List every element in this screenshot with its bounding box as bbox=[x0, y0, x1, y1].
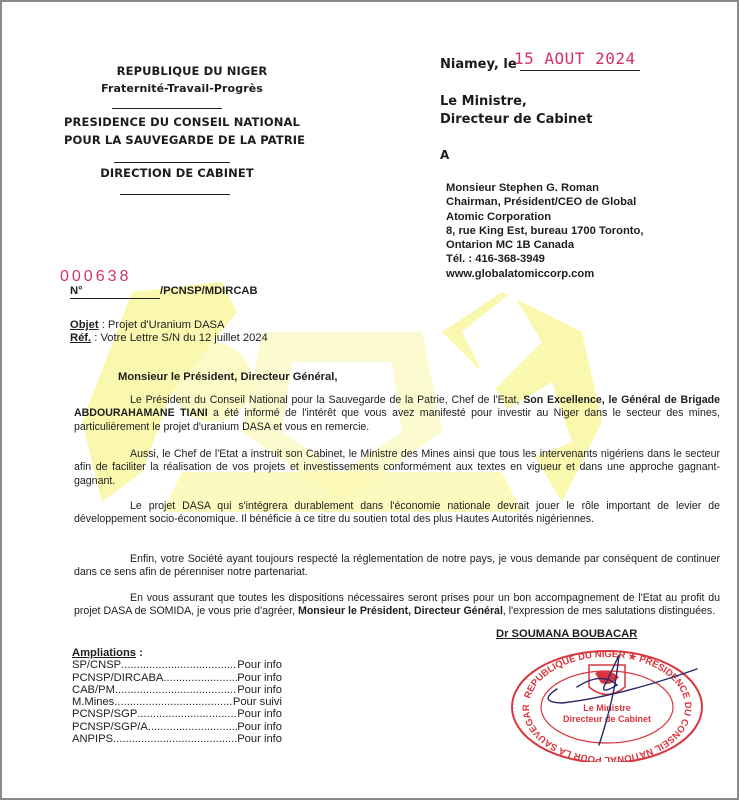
divider bbox=[120, 194, 230, 195]
copy-purpose: Pour suivi bbox=[233, 696, 282, 708]
presidency-line-1: PRESIDENCE DU CONSEIL NATIONAL bbox=[64, 115, 314, 129]
paragraph-5: En vous assurant que toutes les disposit… bbox=[74, 592, 720, 619]
paragraph-2: Aussi, le Chef de l'Etat a instruit son … bbox=[74, 448, 720, 488]
copy-row: PCNSP/DIRCABAPour info bbox=[72, 672, 282, 684]
copy-purpose: Pour info bbox=[237, 684, 282, 696]
reference-number-line bbox=[70, 298, 160, 299]
copy-recipient: PCNSP/SGP bbox=[72, 708, 137, 720]
p3-text: Le projet DASA qui s'intégrera durableme… bbox=[74, 500, 720, 525]
copy-purpose: Pour info bbox=[237, 708, 282, 720]
recipient-street: 8, rue King Est, bureau 1700 Toronto, bbox=[446, 224, 643, 238]
copies-title-text: Ampliations bbox=[72, 647, 136, 659]
place-label: Niamey, le bbox=[440, 57, 517, 72]
recipient-name: Monsieur Stephen G. Roman bbox=[446, 181, 643, 195]
copy-purpose: Pour info bbox=[237, 659, 282, 671]
p2-text: Aussi, le Chef de l'Etat a instruit son … bbox=[74, 448, 720, 487]
reference-number-label: N° bbox=[70, 285, 83, 297]
divider bbox=[112, 108, 222, 109]
copy-row: PCNSP/SGPPour info bbox=[72, 708, 282, 720]
copy-purpose: Pour info bbox=[237, 721, 282, 733]
copy-recipient: PCNSP/SGP/A bbox=[72, 721, 148, 733]
subject-line: Objet : Projet d'Uranium DASA bbox=[70, 319, 224, 332]
national-motto: Fraternité-Travail-Progrès bbox=[82, 82, 282, 95]
copies-list: Ampliations : SP/CNSPPour info PCNSP/DIR… bbox=[72, 647, 282, 745]
copy-purpose: Pour info bbox=[237, 733, 282, 745]
p5-text-c: , l'expression de mes salutations distin… bbox=[503, 605, 715, 617]
copy-row: SP/CNSPPour info bbox=[72, 659, 282, 671]
copy-row: CAB/PMPour info bbox=[72, 684, 282, 696]
date-line bbox=[520, 70, 640, 71]
date-stamp: 15 AOUT 2024 bbox=[514, 49, 636, 68]
reference-value: : Votre Lettre S/N du 12 juillet 2024 bbox=[94, 332, 268, 344]
subject-label: Objet bbox=[70, 319, 99, 331]
reference-line: Réf. : Votre Lettre S/N du 12 juillet 20… bbox=[70, 332, 268, 345]
salutation: Monsieur le Président, Directeur Général… bbox=[118, 371, 337, 383]
reference-label: Réf. bbox=[70, 332, 91, 344]
divider bbox=[114, 162, 230, 163]
letter-page: REPUBLIQUE DU NIGER Fraternité-Travail-P… bbox=[0, 0, 739, 800]
copy-recipient: SP/CNSP bbox=[72, 659, 121, 671]
reference-number-stamp: 000638 bbox=[60, 268, 131, 286]
to-label: A bbox=[440, 148, 449, 162]
recipient-city: Ontarion MC 1B Canada bbox=[446, 238, 643, 252]
copy-purpose: Pour info bbox=[237, 672, 282, 684]
official-seal-icon: REPUBLIQUE DU NIGER ★ PRESIDENCE DU CONS… bbox=[507, 647, 707, 762]
recipient-company: Atomic Corporation bbox=[446, 210, 643, 224]
country-name: REPUBLIQUE DU NIGER bbox=[97, 64, 287, 78]
p1-text-a: Le Président du Conseil National pour la… bbox=[130, 394, 523, 406]
recipient-website[interactable]: www.globalatomiccorp.com bbox=[446, 267, 643, 281]
p5-text-bold: Monsieur le Président, Directeur Général bbox=[298, 605, 503, 617]
copy-recipient: ANPIPS bbox=[72, 733, 113, 745]
copy-recipient: CAB/PM bbox=[72, 684, 115, 696]
copies-title: Ampliations : bbox=[72, 647, 282, 659]
copy-row: M.MinesPour suivi bbox=[72, 696, 282, 708]
subject-value: : Projet d'Uranium DASA bbox=[102, 319, 225, 331]
paragraph-4: Enfin, votre Société ayant toujours resp… bbox=[74, 553, 720, 580]
recipient-phone: Tél. : 416-368-3949 bbox=[446, 252, 643, 266]
copies-title-suffix: : bbox=[136, 647, 143, 659]
copy-row: ANPIPSPour info bbox=[72, 733, 282, 745]
copy-row: PCNSP/SGP/APour info bbox=[72, 721, 282, 733]
paragraph-3: Le projet DASA qui s'intégrera durableme… bbox=[74, 500, 720, 527]
copy-recipient: M.Mines bbox=[72, 696, 114, 708]
direction-label: DIRECTION DE CABINET bbox=[87, 166, 267, 180]
copy-recipient: PCNSP/DIRCABA bbox=[72, 672, 163, 684]
signatory-name: Dr SOUMANA BOUBACAR bbox=[496, 628, 637, 640]
reference-suffix: /PCNSP/MDIRCAB bbox=[160, 285, 258, 297]
paragraph-1: Le Président du Conseil National pour la… bbox=[74, 394, 720, 434]
p4-text: Enfin, votre Société ayant toujours resp… bbox=[74, 553, 720, 578]
presidency-line-2: POUR LA SAUVEGARDE DE LA PATRIE bbox=[64, 133, 324, 147]
number-label: N° bbox=[70, 285, 83, 297]
recipient-address: Monsieur Stephen G. Roman Chairman, Prés… bbox=[446, 181, 643, 281]
seal-inner-line-1: Le Ministre bbox=[583, 703, 631, 713]
recipient-title: Chairman, Président/CEO de Global bbox=[446, 195, 643, 209]
sender-title-2: Directeur de Cabinet bbox=[440, 112, 592, 127]
sender-title-1: Le Ministre, bbox=[440, 94, 527, 109]
